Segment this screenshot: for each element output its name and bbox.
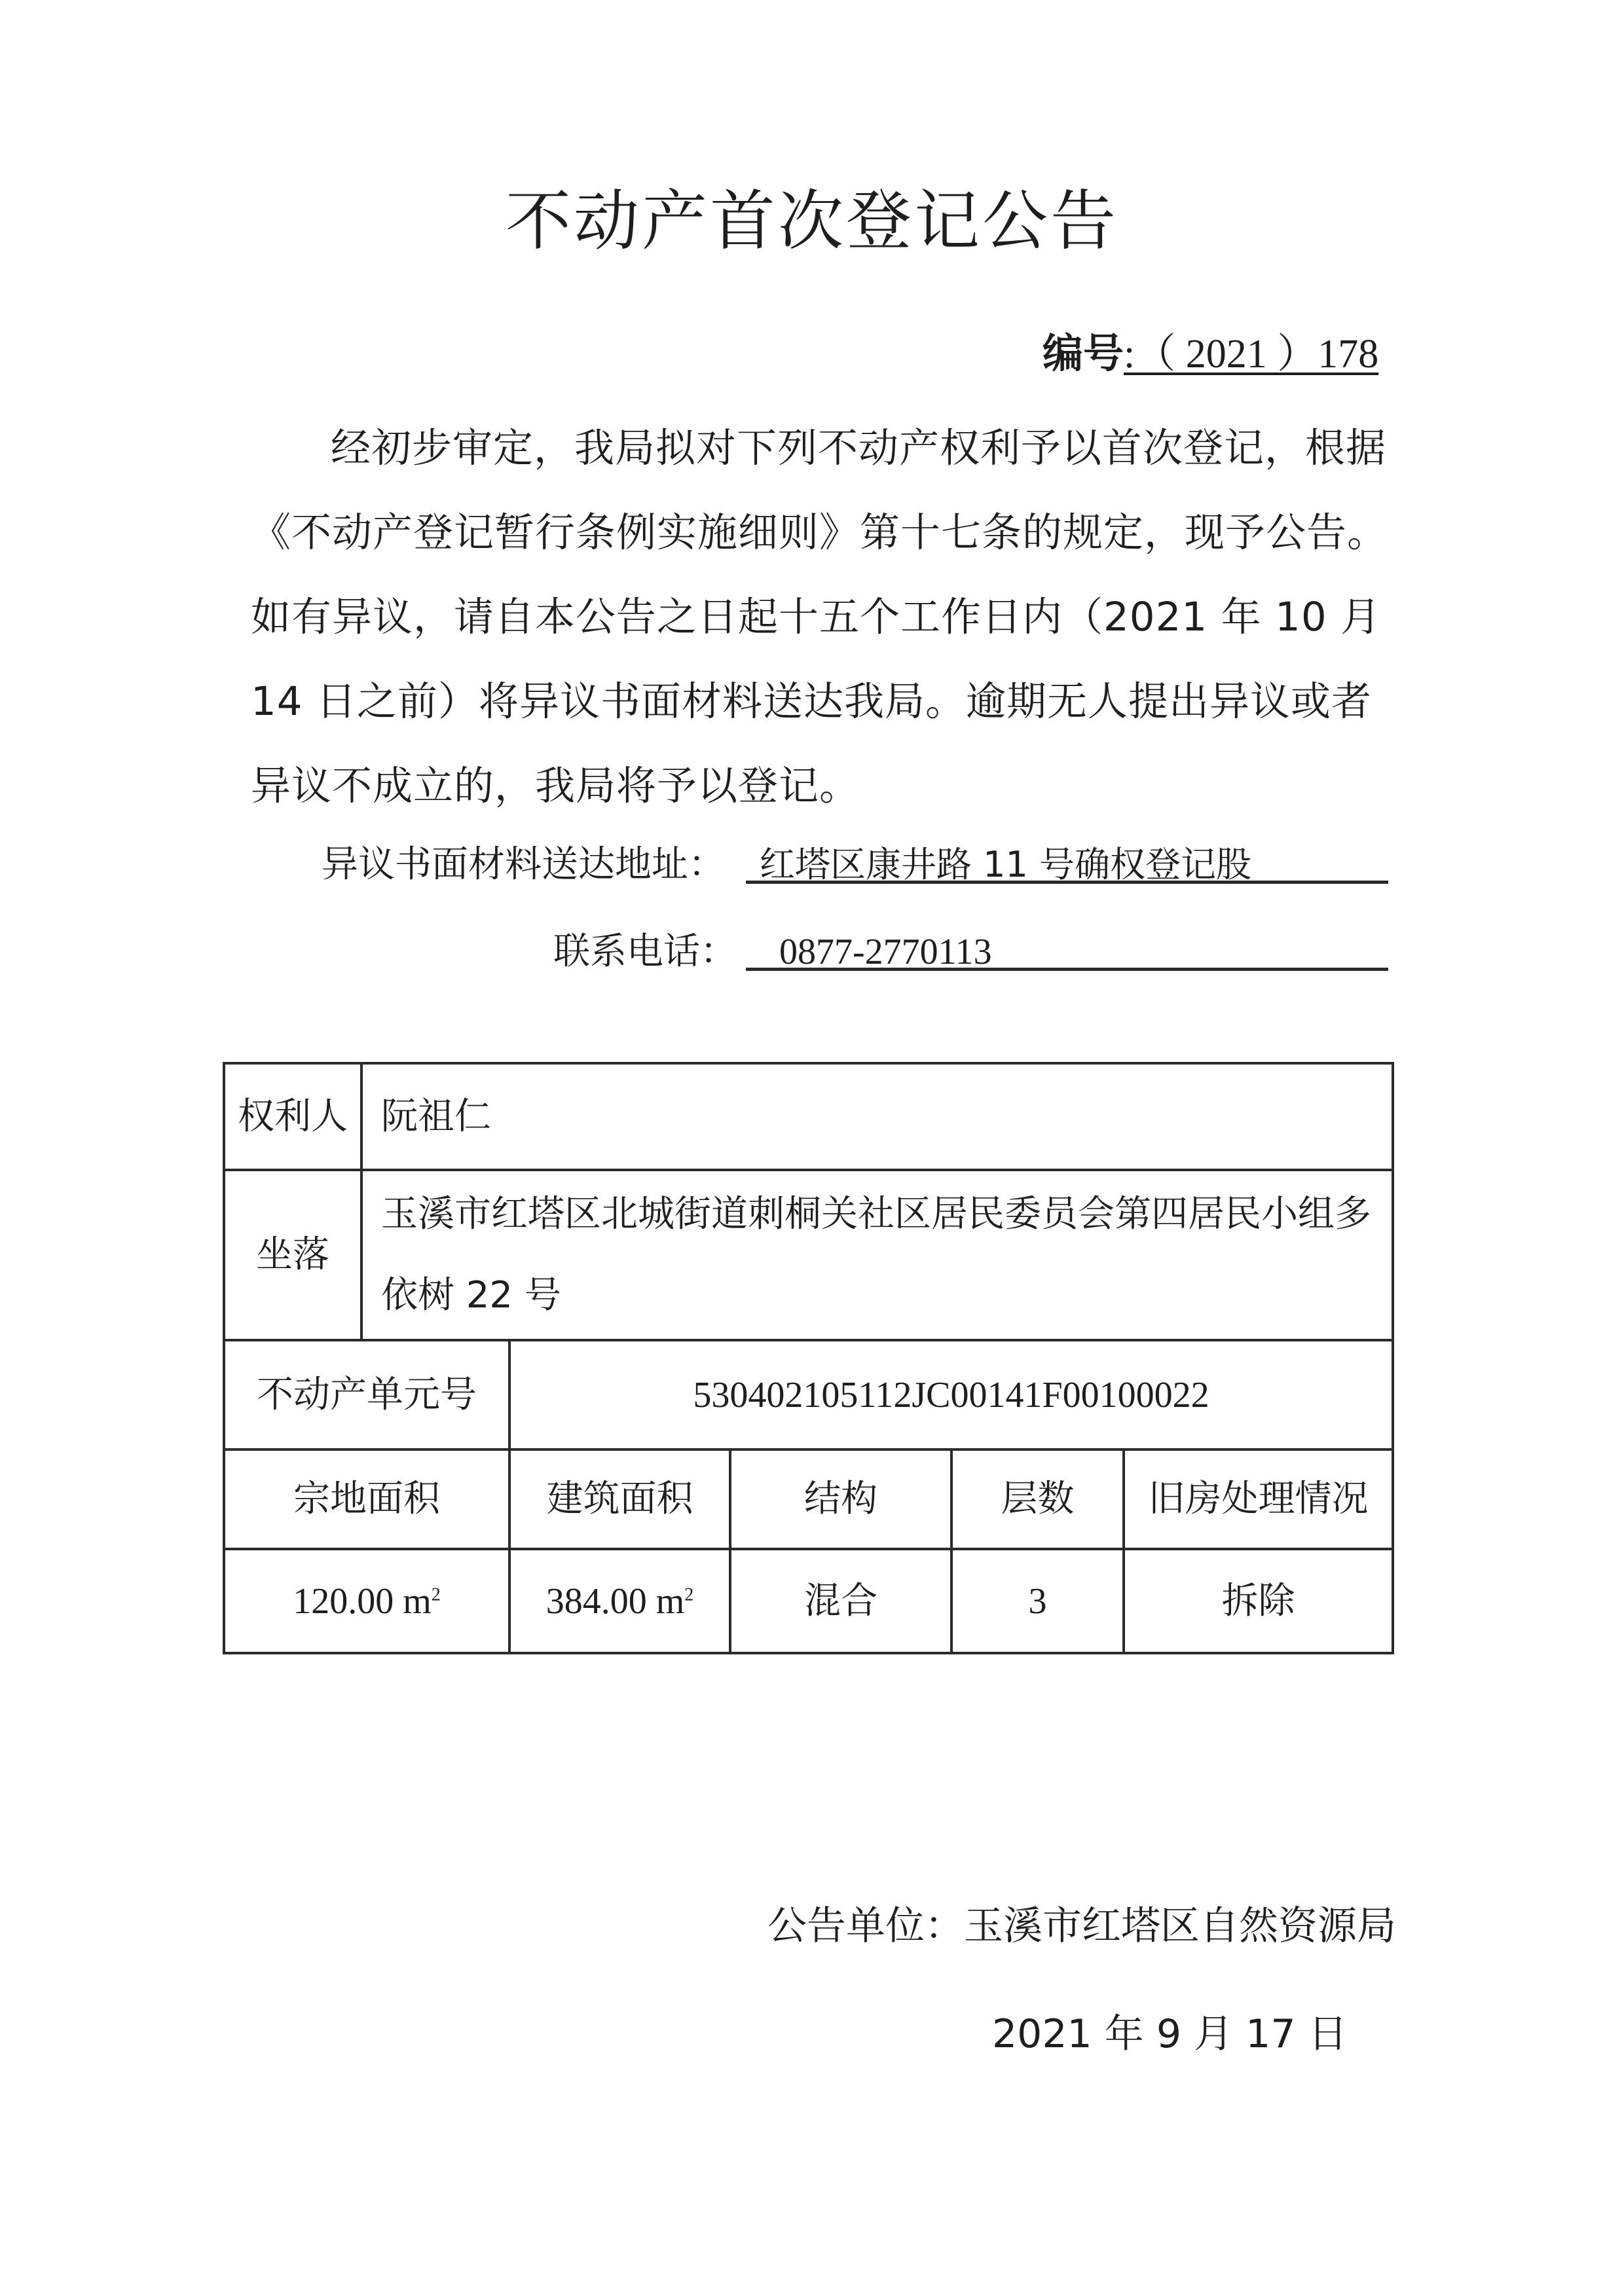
document-number-value: :（ 2021 ）178 [1124,332,1378,376]
header-building-area-label: 建筑面积 [547,1457,693,1542]
contact-phone-label: 联系电话： [553,926,737,978]
location-value: 玉溪市红塔区北城街道刺桐关社区居民委员会第四居民小组多依树 22 号 [381,1174,1378,1336]
structure-value: 混合 [804,1559,877,1644]
right-holder-value-cell: 阮祖仁 [360,1062,1394,1171]
floors-value: 3 [1029,1559,1047,1644]
document-number-label: 编号 [1043,329,1124,377]
right-holder-label-cell: 权利人 [223,1062,363,1171]
old-house-handling-value: 拆除 [1222,1559,1295,1644]
location-label-cell: 坐落 [223,1169,363,1341]
building-area-value: 384.00 m2 [546,1559,694,1644]
objection-address-label: 异议书面材料送达地址： [322,839,725,891]
header-land-area: 宗地面积 [223,1448,511,1550]
issuing-unit: 公告单位：玉溪市红塔区自然资源局 [767,1899,1396,1954]
header-structure-label: 结构 [804,1457,877,1542]
right-holder-value: 阮祖仁 [381,1074,491,1159]
header-land-area-label: 宗地面积 [293,1457,440,1542]
address-underline [746,881,1388,884]
unit-number-value: 530402105112JC00141F00100022 [693,1353,1209,1438]
header-old-house-handling: 旧房处理情况 [1122,1448,1394,1550]
header-floors: 层数 [950,1448,1125,1550]
unit-number-value-cell: 530402105112JC00141F00100022 [508,1339,1394,1451]
land-area-value: 120.00 m2 [293,1559,441,1644]
page-title: 不动产首次登记公告 [0,175,1624,267]
issue-date: 2021 年 9 月 17 日 [992,2007,1348,2062]
old-house-handling-cell: 拆除 [1122,1548,1394,1654]
issuing-unit-name: 玉溪市红塔区自然资源局 [964,1903,1396,1949]
header-old-house-handling-label: 旧房处理情况 [1149,1457,1369,1542]
building-area-cell: 384.00 m2 [508,1548,731,1654]
location-value-cell: 玉溪市红塔区北城街道刺桐关社区居民委员会第四居民小组多依树 22 号 [360,1169,1394,1341]
location-label: 坐落 [256,1212,329,1298]
notice-body-paragraph: 经初步审定，我局拟对下列不动产权利予以首次登记，根据《不动产登记暂行条例实施细则… [251,406,1390,828]
unit-number-label: 不动产单元号 [257,1353,477,1438]
header-structure: 结构 [729,1448,953,1550]
land-area-cell: 120.00 m2 [223,1548,511,1654]
unit-number-label-cell: 不动产单元号 [223,1339,511,1451]
right-holder-label: 权利人 [238,1074,348,1159]
issuing-unit-label: 公告单位： [767,1903,964,1949]
floors-cell: 3 [950,1548,1125,1654]
document-number: 编号:（ 2021 ）178 [1043,327,1378,380]
structure-cell: 混合 [729,1548,953,1654]
property-info-table: 权利人 阮祖仁 坐落 玉溪市红塔区北城街道刺桐关社区居民委员会第四居民小组多依树… [223,1062,1394,1654]
header-building-area: 建筑面积 [508,1448,731,1550]
phone-underline [746,968,1388,971]
header-floors-label: 层数 [1001,1457,1075,1542]
